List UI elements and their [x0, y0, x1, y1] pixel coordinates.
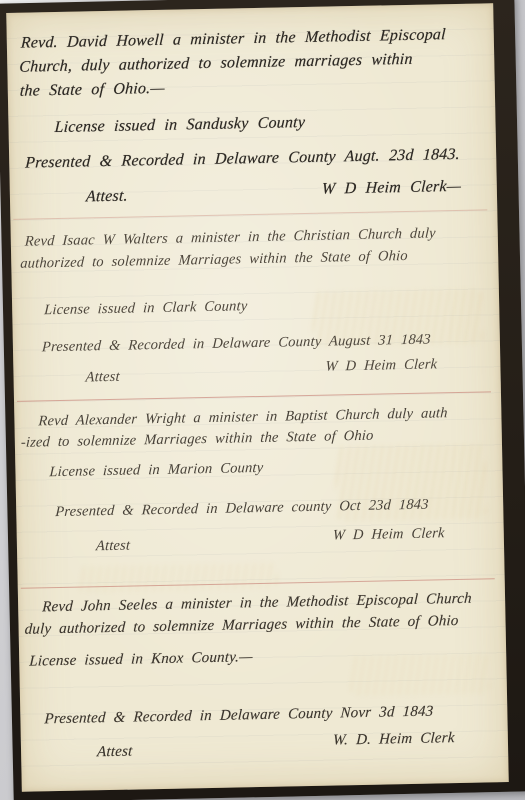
clerk-signature: W D Heim Clerk	[332, 525, 445, 544]
entry-body-line: the State of Ohio.—	[19, 80, 165, 101]
entry-body-line: Revd Isaac W Walters a minister in the C…	[24, 225, 436, 250]
license-line: License issued in Marion County	[49, 460, 264, 481]
ledger-page: Revd. David Howell a minister in the Met…	[6, 3, 509, 792]
license-line: License issued in Sandusky County	[54, 114, 305, 137]
entry-body-line: -ized to solemnize Marriages within the …	[20, 428, 373, 452]
entry-body-line: Church, duly authorized to solemnize mar…	[19, 51, 413, 77]
recorded-line: Presented & Recorded in Delaware county …	[55, 497, 429, 522]
entry-separator-line	[17, 391, 491, 402]
entry-separator-line	[13, 209, 487, 220]
attest-label: Attest	[96, 538, 131, 556]
scanned-page-photo: Revd. David Howell a minister in the Met…	[0, 0, 525, 800]
attest-label: Attest	[85, 369, 120, 387]
bleed-through-text	[77, 563, 277, 593]
recorded-line: Presented & Recorded in Delaware County …	[44, 704, 434, 729]
entry-body-line: duly authorized to solemnize Marriages w…	[24, 613, 459, 639]
clerk-signature: W. D. Heim Clerk	[332, 730, 455, 749]
attest-label: Attest.	[86, 188, 129, 207]
bleed-through-text	[349, 653, 490, 696]
entry-body-line: Revd. David Howell a minister in the Met…	[20, 26, 446, 53]
entry-body-line: Revd John Seeles a minister in the Metho…	[42, 591, 472, 617]
license-line: License issued in Clark County	[44, 298, 248, 319]
clerk-signature: W D Heim Clerk—	[321, 178, 461, 199]
entry-separator-line	[21, 578, 495, 589]
license-line: License issued in Knox County.—	[29, 649, 253, 671]
recorded-line: Presented & Recorded in Delaware County …	[25, 146, 460, 173]
clerk-signature: W D Heim Clerk	[325, 356, 438, 375]
attest-label: Attest	[97, 744, 133, 762]
entry-body-line: authorized to solemnize Marriages within…	[20, 248, 408, 273]
recorded-line: Presented & Recorded in Delaware County …	[42, 332, 432, 357]
entry-body-line: Revd Alexander Wright a minister in Bapt…	[38, 405, 448, 430]
